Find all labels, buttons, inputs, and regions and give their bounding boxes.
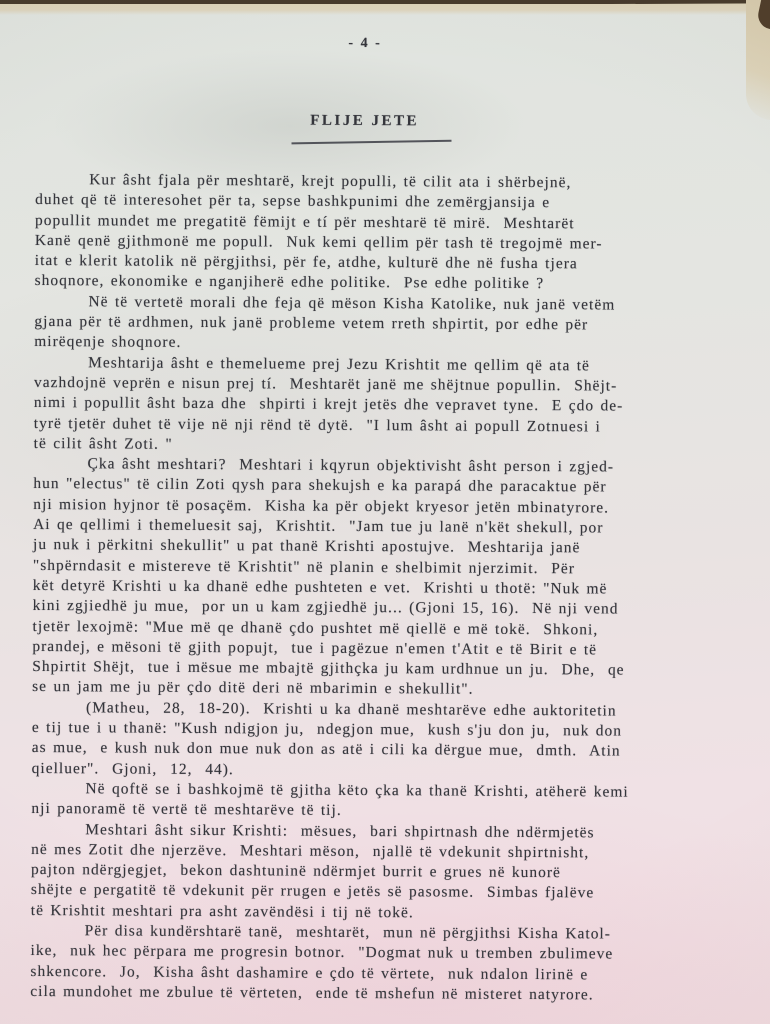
- title-underline: [291, 140, 451, 145]
- text-line: cila mundohet me zbulue të vërteten, end…: [30, 982, 734, 1007]
- page-title: FLIJE JETE: [0, 111, 730, 132]
- document-body: Kur âsht fjala për meshtarë, krejt popul…: [30, 170, 739, 1006]
- page-number: - 4 -: [0, 34, 730, 54]
- scanned-photo: - 4 - FLIJE JETE Kur âsht fjala për mesh…: [0, 0, 770, 1024]
- page-content: - 4 - FLIJE JETE Kur âsht fjala për mesh…: [0, 0, 770, 1024]
